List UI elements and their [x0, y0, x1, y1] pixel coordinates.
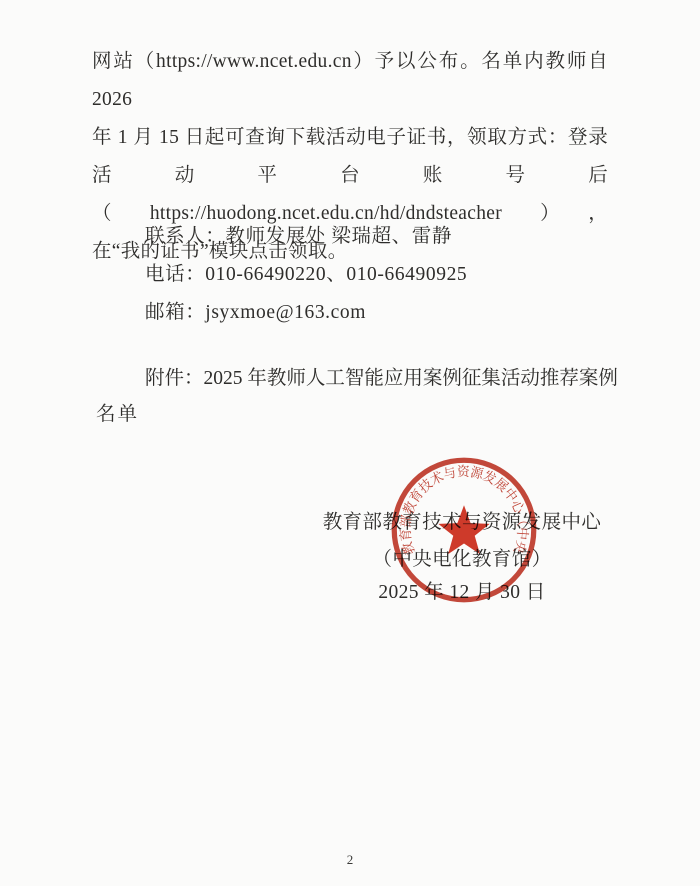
page-number: 2 [0, 852, 700, 868]
body-line: 网站（https://www.ncet.edu.cn）予以公布。名单内教师自 2… [92, 43, 608, 119]
attachment-line: 附件：2025 年教师人工智能应用案例征集活动推荐案例 [145, 362, 608, 390]
contact-phone-line: 电话：010-66490220、010-66490925 [145, 256, 467, 294]
body-line: 年 1 月 15 日起可查询下载活动电子证书，领取方式：登录 [92, 119, 608, 157]
attachment-line-continuation: 名单 [96, 398, 139, 426]
signature-org-subname: （中央电化教育馆） [296, 543, 628, 571]
signature-date: 2025 年 12 月 30 日 [296, 576, 628, 604]
signature-org-name: 教育部教育技术与资源发展中心 [296, 506, 628, 534]
contact-email-line: 邮箱：jsyxmoe@163.com [145, 294, 467, 332]
contact-person-line: 联系人：教师发展处 梁瑞超、雷静 [145, 218, 467, 256]
contact-block: 联系人：教师发展处 梁瑞超、雷静 电话：010-66490220、010-664… [145, 218, 467, 332]
document-page: 网站（https://www.ncet.edu.cn）予以公布。名单内教师自 2… [0, 0, 700, 886]
